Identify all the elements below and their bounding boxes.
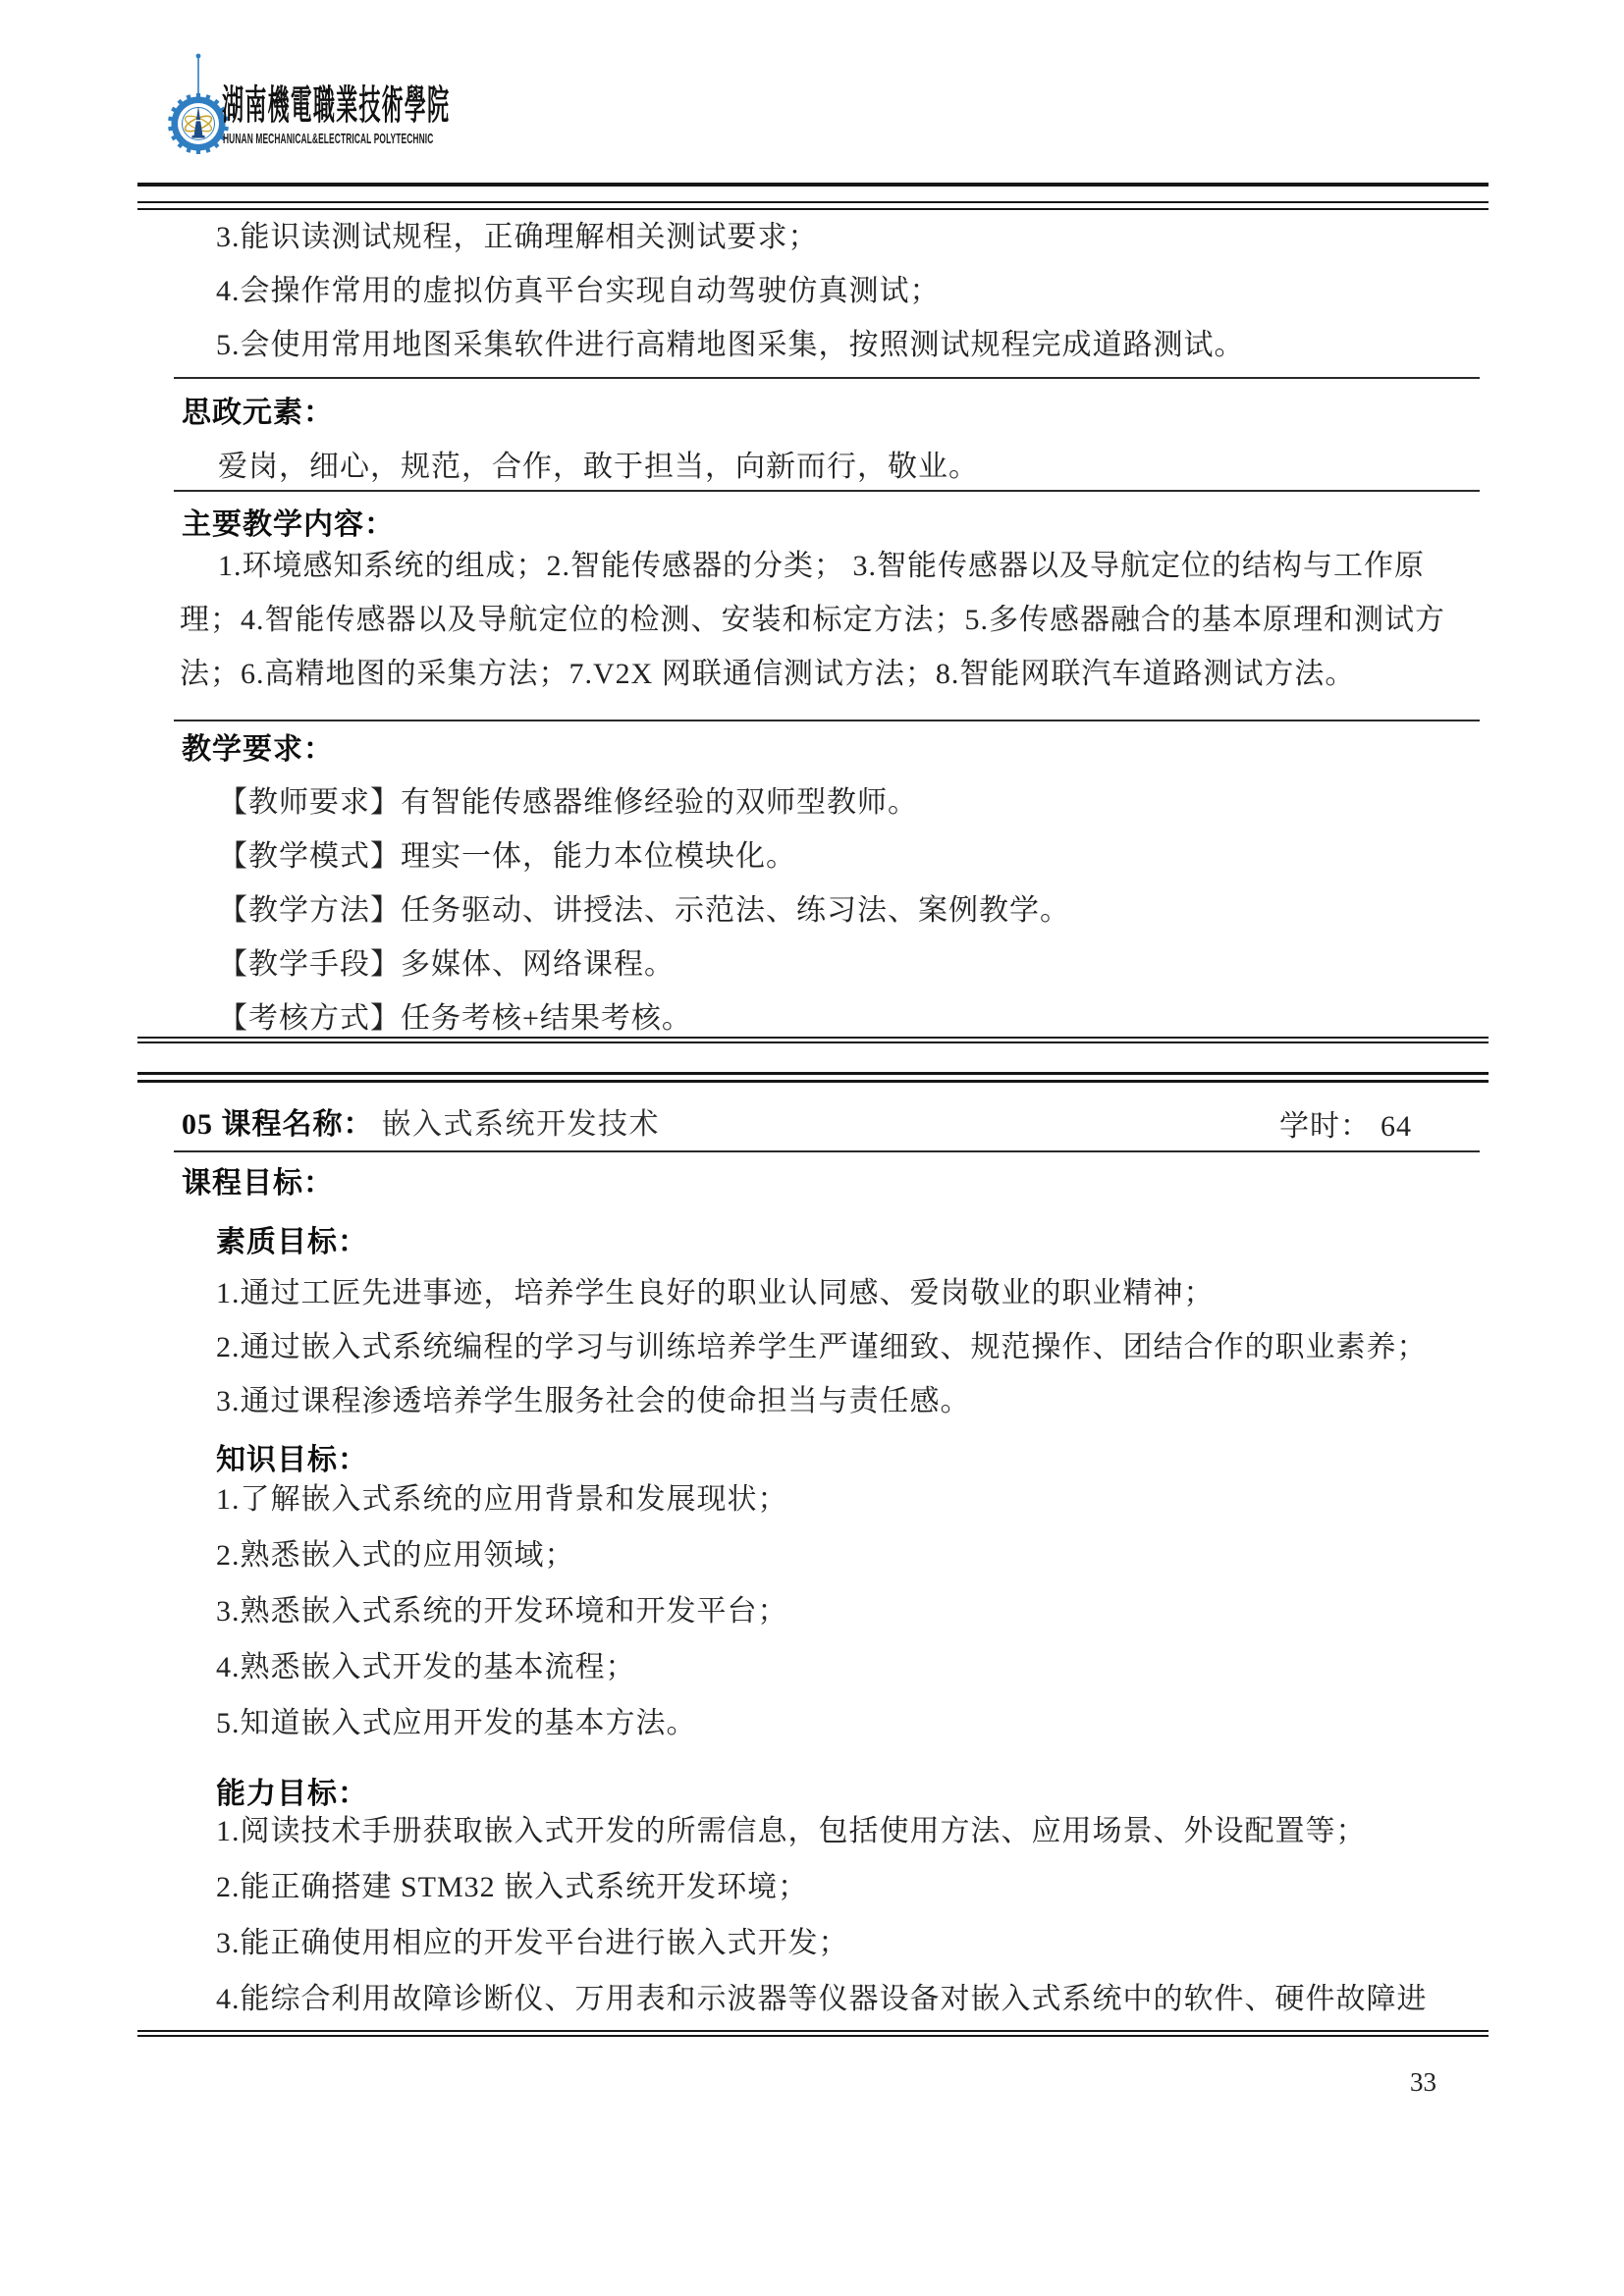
knowledge-goal-line: 3.熟悉嵌入式系统的开发环境和开发平台； (216, 1595, 788, 1629)
rule-header-thick (137, 183, 1489, 187)
rule-section (174, 1150, 1480, 1152)
ability-goal-heading: 能力目标： (216, 1778, 368, 1811)
course-goals-heading: 课程目标： (182, 1167, 334, 1201)
ability-goal-line: 4.能综合利用故障诊断仪、万用表和示波器等仪器设备对嵌入式系统中的软件、硬件故障… (216, 1983, 1428, 2016)
course-hours: 学时：64 (1279, 1101, 1412, 1145)
ability-line: 3.能识读测试规程，正确理解相关测试要求； (216, 221, 819, 254)
requirement-item: 【教学模式】理实一体，能力本位模块化。 (218, 840, 796, 874)
page-number: 33 (1410, 2067, 1436, 2098)
knowledge-goal-line: 2.熟悉嵌入式的应用领域； (216, 1539, 575, 1573)
rule-section (174, 377, 1480, 379)
hours-value: 64 (1380, 1110, 1412, 1143)
ability-line: 4.会操作常用的虚拟仿真平台实现自动驾驶仿真测试； (216, 275, 941, 308)
knowledge-goal-line: 1.了解嵌入式系统的应用背景和发展现状； (216, 1483, 788, 1517)
course-title-row: 05 课程名称：嵌入式系统开发技术 (182, 1099, 660, 1143)
rule-section (174, 490, 1480, 492)
rule-table-end (137, 2030, 1489, 2037)
requirement-item: 【教学手段】多媒体、网络课程。 (218, 948, 675, 982)
knowledge-goal-heading: 知识目标： (216, 1444, 368, 1477)
teaching-content-heading: 主要教学内容： (182, 508, 395, 542)
quality-goal-line: 1.通过工匠先进事迹，培养学生良好的职业认同感、爱岗敬业的职业精神； (216, 1277, 1215, 1310)
ideology-heading: 思政元素： (182, 397, 334, 430)
teaching-content-line: 1.环境感知系统的组成；2.智能传感器的分类； 3.智能传感器以及导航定位的结构… (218, 550, 1425, 583)
requirement-item: 【教学方法】任务驱动、讲授法、示范法、练习法、案例教学。 (218, 894, 1070, 928)
ability-goal-line: 3.能正确使用相应的开发平台进行嵌入式开发； (216, 1927, 849, 1960)
teaching-requirements-heading: 教学要求： (182, 733, 334, 767)
rule-table-end (137, 1037, 1489, 1043)
teaching-content-line: 法；6.高精地图的采集方法；7.V2X 网联通信测试方法；8.智能网联汽车道路测… (180, 658, 1355, 691)
ability-line: 5.会使用常用地图采集软件进行高精地图采集，按照测试规程完成道路测试。 (216, 329, 1245, 362)
knowledge-goal-line: 5.知道嵌入式应用开发的基本方法。 (216, 1707, 697, 1740)
quality-goal-heading: 素质目标： (216, 1226, 368, 1259)
teaching-content-line: 理；4.智能传感器以及导航定位的检测、安装和标定方法；5.多传感器融合的基本原理… (180, 604, 1445, 637)
document-page: 湖南機電職業技術學院 HUNAN MECHANICAL&ELECTRICAL P… (0, 0, 1624, 2296)
quality-goal-line: 3.通过课程渗透培养学生服务社会的使命担当与责任感。 (216, 1385, 971, 1418)
school-name-calligraphy: 湖南機電職業技術學院 (222, 82, 450, 128)
knowledge-goal-line: 4.熟悉嵌入式开发的基本流程； (216, 1651, 636, 1684)
rule-section (174, 720, 1480, 721)
requirement-item: 【教师要求】有智能传感器维修经验的双师型教师。 (218, 786, 918, 820)
course-number-label: 05 课程名称： (182, 1108, 374, 1141)
rule-header-double (137, 201, 1489, 210)
ability-goal-line: 1.阅读技术手册获取嵌入式开发的所需信息，包括使用方法、应用场景、外设配置等； (216, 1815, 1367, 1848)
quality-goal-line: 2.通过嵌入式系统编程的学习与训练培养学生严谨细致、规范操作、团结合作的职业素养… (216, 1331, 1428, 1364)
ideology-body: 爱岗，细心，规范，合作，敢于担当，向新而行，敬业。 (218, 451, 979, 484)
ability-goal-line: 2.能正确搭建 STM32 嵌入式系统开发环境； (216, 1871, 808, 1904)
rule-table-start (137, 1072, 1489, 1083)
course-name: 嵌入式系统开发技术 (382, 1108, 661, 1141)
hours-label: 学时： (1279, 1110, 1371, 1143)
school-name-english: HUNAN MECHANICAL&ELECTRICAL POLYTECHNIC (223, 131, 433, 147)
requirement-item: 【考核方式】任务考核+结果考核。 (218, 1002, 692, 1036)
